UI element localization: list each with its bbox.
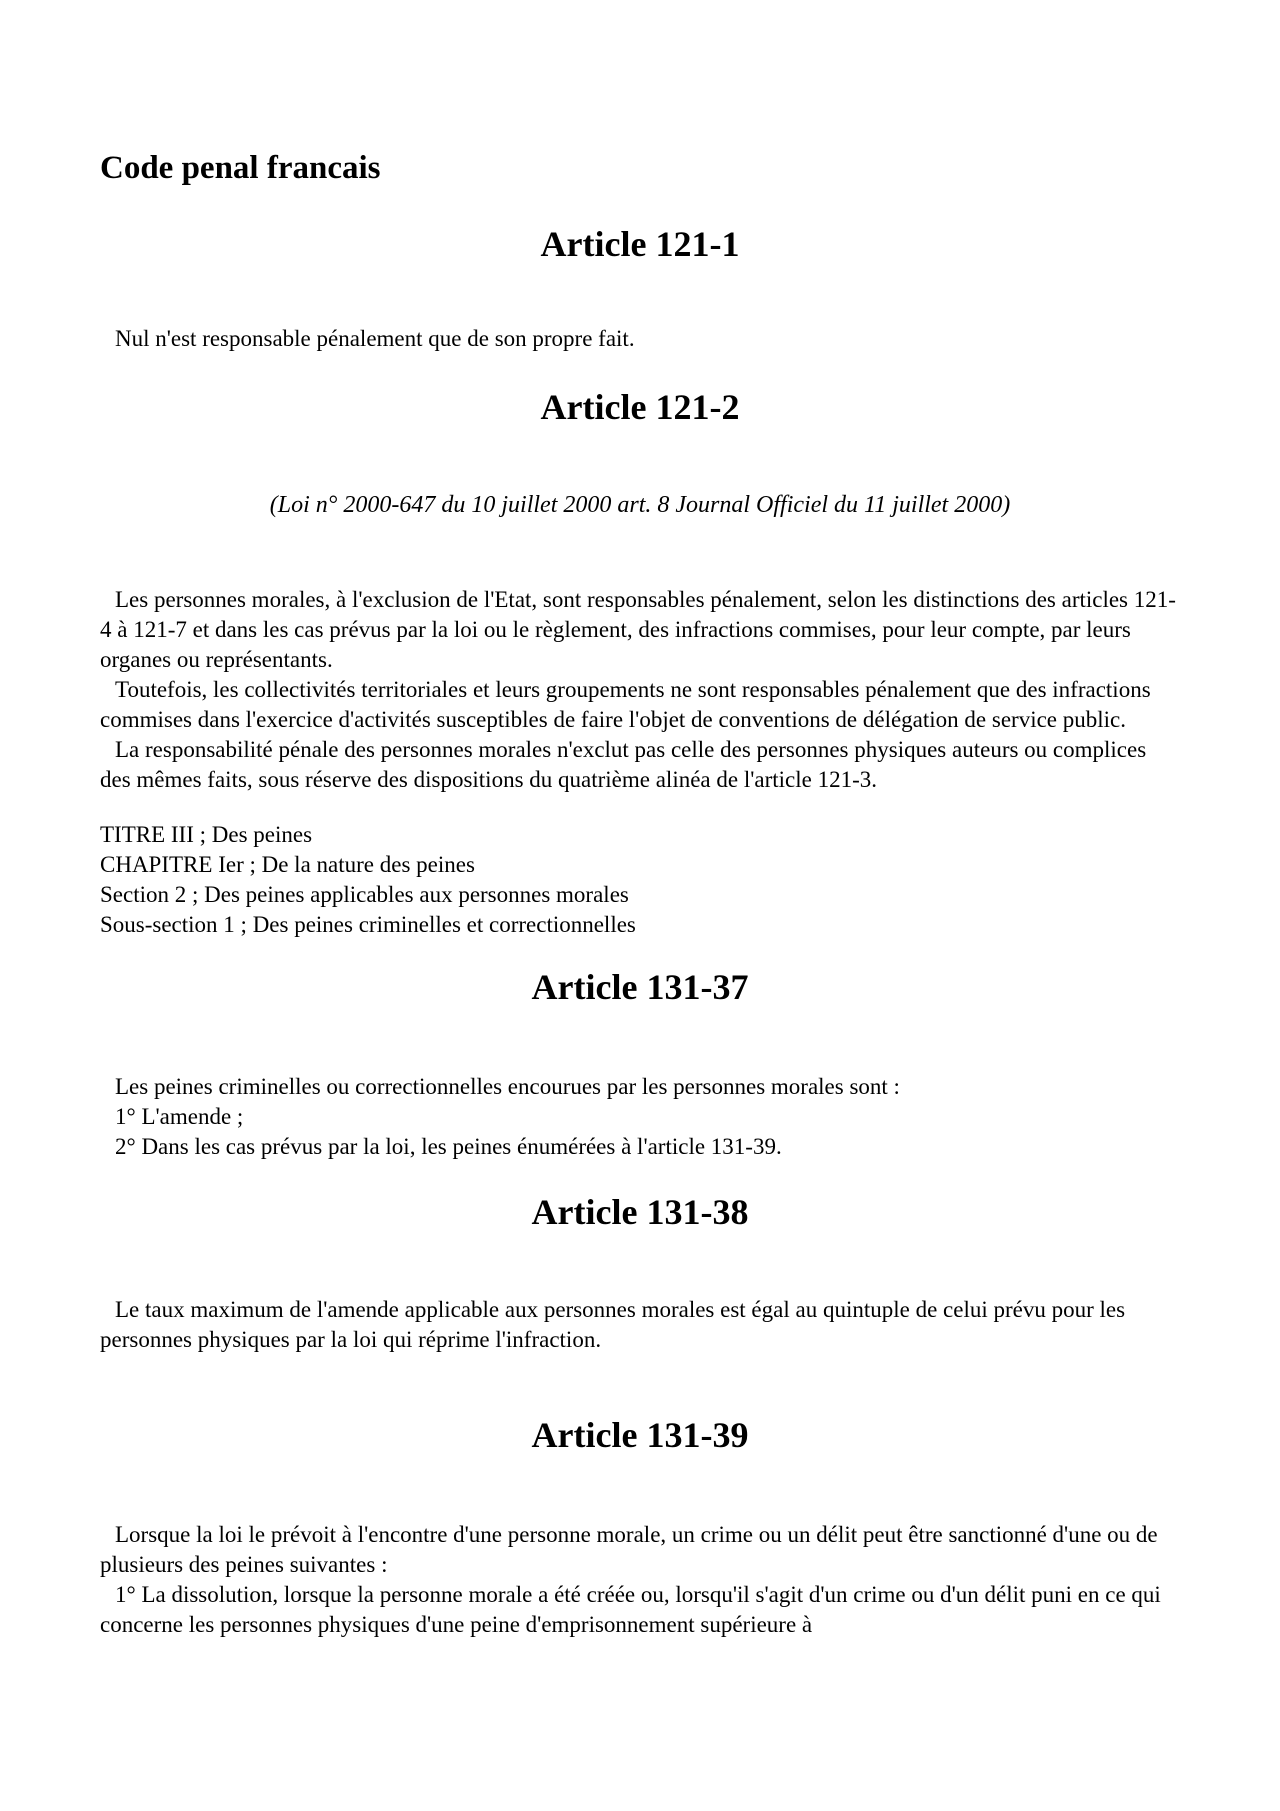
article-121-2-paragraph-2: Toutefois, les collectivités territorial… — [100, 675, 1180, 735]
article-131-37-paragraph-3: 2° Dans les cas prévus par la loi, les p… — [100, 1132, 1180, 1162]
hierarchy-chapitre: CHAPITRE Ier ; De la nature des peines — [100, 850, 1180, 880]
hierarchy-titre: TITRE III ; Des peines — [100, 820, 1180, 850]
article-131-38-heading: Article 131-38 — [100, 1191, 1180, 1233]
article-131-38-paragraph: Le taux maximum de l'amende applicable a… — [100, 1295, 1180, 1355]
article-131-37-heading: Article 131-37 — [100, 966, 1180, 1008]
hierarchy-sous-section: Sous-section 1 ; Des peines criminelles … — [100, 910, 1180, 940]
article-131-37-paragraph-2: 1° L'amende ; — [100, 1102, 1180, 1132]
article-121-2-heading: Article 121-2 — [100, 386, 1180, 428]
article-131-39-paragraph-1: Lorsque la loi le prévoit à l'encontre d… — [100, 1520, 1180, 1580]
article-131-39-heading: Article 131-39 — [100, 1414, 1180, 1456]
article-121-1-paragraph: Nul n'est responsable pénalement que de … — [100, 324, 1180, 354]
article-121-1-heading: Article 121-1 — [100, 223, 1180, 265]
article-121-2-paragraph-1: Les personnes morales, à l'exclusion de … — [100, 585, 1180, 675]
hierarchy-section: Section 2 ; Des peines applicables aux p… — [100, 880, 1180, 910]
page-title: Code penal francais — [100, 149, 1180, 187]
article-131-39-paragraph-2: 1° La dissolution, lorsque la personne m… — [100, 1580, 1180, 1640]
article-121-2-paragraph-3: La responsabilité pénale des personnes m… — [100, 735, 1180, 795]
document-page: Code penal francais Article 121-1 Nul n'… — [0, 0, 1280, 1811]
code-hierarchy: TITRE III ; Des peines CHAPITRE Ier ; De… — [100, 820, 1180, 940]
article-131-37-paragraph-1: Les peines criminelles ou correctionnell… — [100, 1072, 1180, 1102]
article-121-2-citation: (Loi n° 2000-647 du 10 juillet 2000 art.… — [100, 490, 1180, 520]
